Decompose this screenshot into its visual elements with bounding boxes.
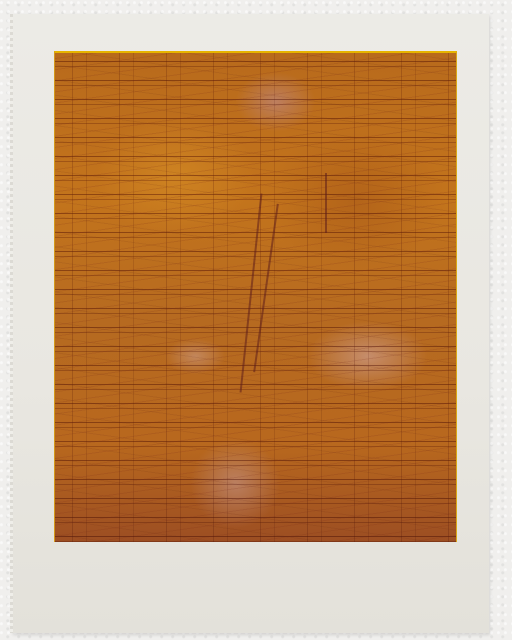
artwork-print bbox=[54, 51, 457, 542]
vertical-streak bbox=[325, 173, 327, 233]
scrawl-texture-overlay bbox=[55, 53, 456, 542]
